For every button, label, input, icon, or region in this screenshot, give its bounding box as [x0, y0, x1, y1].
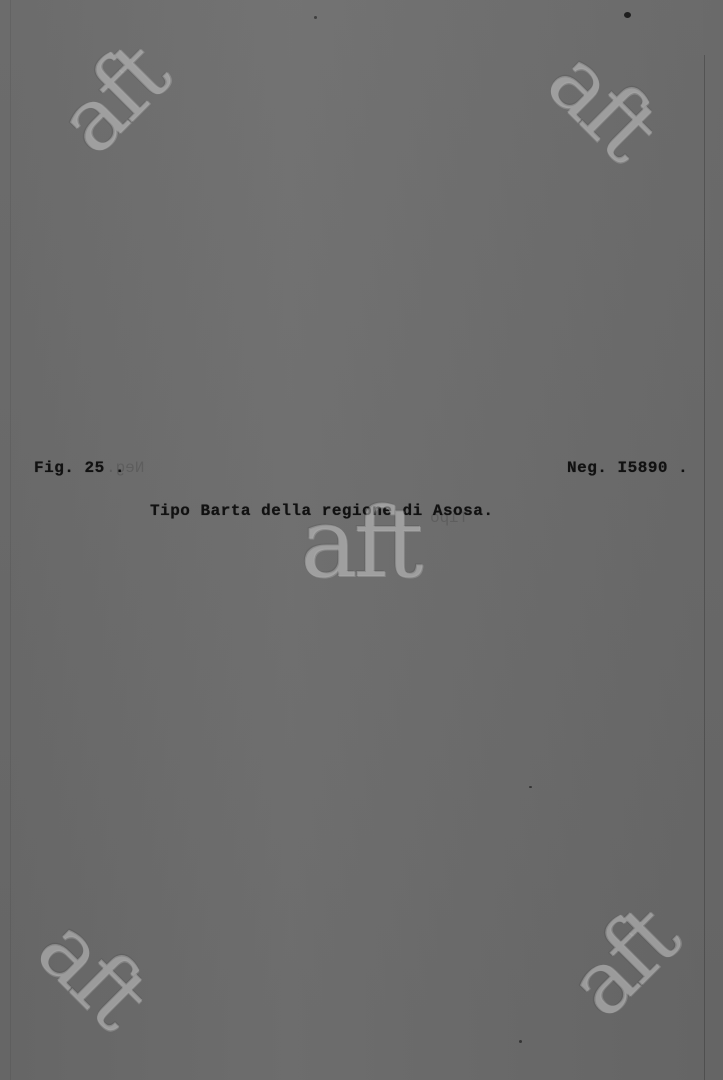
- watermark-bottom-right: aft: [553, 893, 692, 1032]
- negative-number: Neg. I5890 .: [567, 459, 688, 477]
- figure-number: Fig. 25 .: [34, 459, 125, 477]
- archival-card: aft aft aft aft Neg. Tipo Fig. 25 . Neg.…: [0, 0, 723, 1080]
- watermark-center: aft: [300, 495, 419, 591]
- dust-speck: [314, 16, 317, 19]
- watermark-top-right: aft: [533, 35, 672, 174]
- card-right-edge: [704, 55, 705, 1080]
- dust-speck: [529, 786, 532, 788]
- watermark-bottom-left: aft: [23, 903, 162, 1042]
- dust-speck: [624, 12, 631, 18]
- watermark-top-left: aft: [43, 30, 182, 169]
- card-left-edge: [10, 0, 11, 1080]
- dust-speck: [519, 1040, 522, 1043]
